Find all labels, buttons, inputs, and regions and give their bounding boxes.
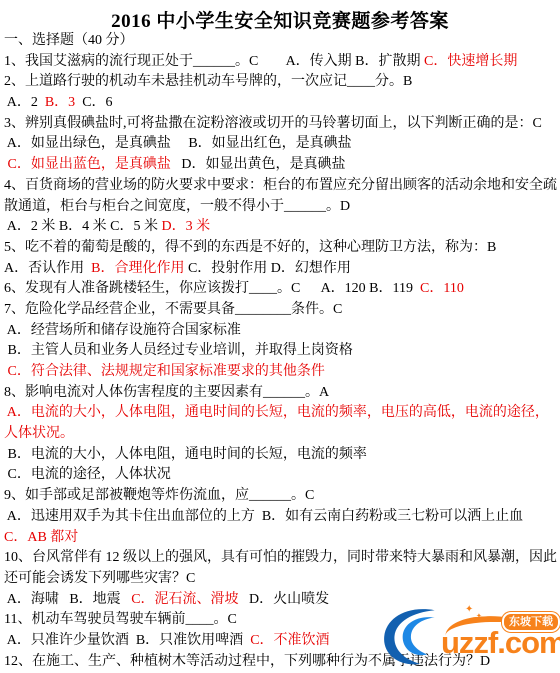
answer-highlight-text: A．电流的大小，人体电阻，通电时间的长短，电流的频率，电压的高低，电流的途径，	[7, 405, 549, 420]
document-line: A．否认作用 B．合理化作用 C．投射作用 D．幻想作用	[4, 259, 558, 280]
document-line: A．经营场所和储存设施符合国家标准	[4, 321, 558, 342]
document-line: 3、辨别真假碘盐时,可将盐撒在淀粉溶液或切开的马铃薯切面上，以下判断正确的是：C	[4, 114, 558, 135]
answer-highlight-text: C．如显出蓝色，是真碘盐	[8, 157, 171, 172]
answer-highlight-text: 人体状况。	[4, 426, 74, 441]
question-text: A．2 米 B．4 米 C．5 米	[4, 219, 162, 234]
answer-highlight-text: B．合理化作用	[91, 261, 184, 276]
answer-highlight-text: C．泥石流、滑坡	[131, 592, 238, 607]
question-text: 4、百货商场的营业场的防火要求中要求：柜台的布置应充分留出顾客的活动余地和安全疏	[4, 178, 557, 193]
document-content: 一、选择题（40 分）1、我国艾滋病的流行现正处于______。C A．传入期 …	[4, 31, 558, 672]
uzzf-download-badge: 东坡下载	[502, 612, 560, 632]
document-line: 一、选择题（40 分）	[4, 31, 558, 52]
answer-highlight-text: C．符合法律、法规规定和国家标准要求的其他条件	[8, 364, 325, 379]
answer-sheet-page: 2016 中小学生安全知识竞赛题参考答案 一、选择题（40 分）1、我国艾滋病的…	[0, 0, 560, 673]
document-line: A．如显出绿色，是真碘盐 B．如显出红色，是真碘盐	[4, 134, 558, 155]
question-text: 3、辨别真假碘盐时,可将盐撒在淀粉溶液或切开的马铃薯切面上，以下判断正确的是：C	[4, 116, 542, 131]
document-line: B．电流的大小，人体电阻，通电时间的长短，电流的频率	[4, 445, 558, 466]
answer-highlight-text: C．快速增长期	[424, 54, 517, 69]
uzzf-watermark-logo: uzzf.com ✦ ✦ 东坡下载	[381, 606, 560, 668]
uzzf-badge-label: 东坡下载	[509, 616, 553, 628]
sparkle-icon: ✦	[465, 605, 473, 615]
answer-highlight-text: D．3 米	[162, 219, 211, 234]
document-line: A．2 B．3 C．6	[4, 93, 558, 114]
document-line: A．电流的大小，人体电阻，通电时间的长短，电流的频率，电压的高低，电流的途径，	[4, 403, 558, 424]
question-text: 8、影响电流对人体伤害程度的主要因素有______。A	[4, 385, 329, 400]
answer-highlight-text: C．不准饮酒	[250, 633, 329, 648]
page-title: 2016 中小学生安全知识竞赛题参考答案	[0, 6, 560, 33]
document-line: 2、上道路行驶的机动车未悬挂机动车号牌的，一次应记____分。B	[4, 72, 558, 93]
question-text: D．火山喷发	[239, 592, 330, 607]
document-line: C．如显出蓝色，是真碘盐 D．如显出黄色，是真碘盐	[4, 155, 558, 176]
document-line: 9、如手部或足部被鞭炮等炸伤流血，应______。C	[4, 486, 558, 507]
question-text: 还可能会诱发下列哪些灾害？C	[4, 571, 195, 586]
document-line: 8、影响电流对人体伤害程度的主要因素有______。A	[4, 383, 558, 404]
question-text: B．主管人员和业务人员经过专业培训，并取得上岗资格	[4, 343, 353, 358]
document-line: A．迅速用双手为其卡住出血部位的上方 B．如有云南白药粉或三七粉可以洒上止血	[4, 507, 558, 528]
document-line: 1、我国艾滋病的流行现正处于______。C A．传入期 B．扩散期 C．快速增…	[4, 52, 558, 73]
question-text: B．电流的大小，人体电阻，通电时间的长短，电流的频率	[4, 447, 367, 462]
document-line: C．符合法律、法规规定和国家标准要求的其他条件	[4, 362, 558, 383]
question-text: 6、发现有人准备跳楼轻生，你应该拨打____。C A．120 B．119	[4, 281, 420, 296]
document-line: 7、危险化学品经营企业，不需要具备________条件。C	[4, 300, 558, 321]
question-text: A．2	[4, 95, 45, 110]
document-line: 还可能会诱发下列哪些灾害？C	[4, 569, 558, 590]
question-text: D．如显出黄色，是真碘盐	[171, 157, 346, 172]
document-line: 10、台风常伴有 12 级以上的强风，具有可怕的摧毁力，同时带来特大暴雨和风暴潮…	[4, 548, 558, 569]
question-text: C．电流的途径，人体状况	[4, 467, 171, 482]
question-text: 5、吃不着的葡萄是酸的，得不到的东西是不好的，这种心理防卫方法，称为：B	[4, 240, 496, 255]
question-text: 11、机动车驾驶员驾驶车辆前____。C	[4, 612, 237, 627]
answer-highlight-text: C．AB 都对	[4, 530, 78, 545]
question-text: A．迅速用双手为其卡住出血部位的上方 B．如有云南白药粉或三七粉可以洒上止血	[4, 509, 523, 524]
question-text: 一、选择题（40 分）	[4, 33, 134, 48]
sparkle-icon: ✦	[476, 611, 482, 621]
question-text: 7、危险化学品经营企业，不需要具备________条件。C	[4, 302, 342, 317]
document-line: C．电流的途径，人体状况	[4, 465, 558, 486]
document-line: C．AB 都对	[4, 528, 558, 549]
document-line: 人体状况。	[4, 424, 558, 445]
question-text: 9、如手部或足部被鞭炮等炸伤流血，应______。C	[4, 488, 314, 503]
question-text: A．只准许少量饮酒 B．只准饮用啤酒	[4, 633, 250, 648]
question-text: 1、我国艾滋病的流行现正处于______。C A．传入期 B．扩散期	[4, 54, 424, 69]
document-line: B．主管人员和业务人员经过专业培训，并取得上岗资格	[4, 341, 558, 362]
answer-highlight-text: C．110	[420, 281, 464, 296]
document-line: 4、百货商场的营业场的防火要求中要求：柜台的布置应充分留出顾客的活动余地和安全疏	[4, 176, 558, 197]
question-text: A．如显出绿色，是真碘盐 B．如显出红色，是真碘盐	[4, 136, 352, 151]
question-text: 散通道，柜台与柜台之间宽度，一般不得小于______。D	[4, 199, 350, 214]
document-line: A．2 米 B．4 米 C．5 米 D．3 米	[4, 217, 558, 238]
document-line: 散通道，柜台与柜台之间宽度，一般不得小于______。D	[4, 197, 558, 218]
document-line: 5、吃不着的葡萄是酸的，得不到的东西是不好的，这种心理防卫方法，称为：B	[4, 238, 558, 259]
uzzf-swirl-icon	[381, 608, 447, 666]
question-text: 10、台风常伴有 12 级以上的强风，具有可怕的摧毁力，同时带来特大暴雨和风暴潮…	[4, 550, 557, 565]
question-text: C．6	[75, 95, 112, 110]
question-text: 2、上道路行驶的机动车未悬挂机动车号牌的，一次应记____分。B	[4, 74, 412, 89]
answer-highlight-text: B．3	[45, 95, 75, 110]
question-text: A．海啸 B．地震	[4, 592, 131, 607]
uzzf-brand-name: uzzf	[441, 625, 497, 660]
question-text: A．否认作用	[4, 261, 91, 276]
question-text: A．经营场所和储存设施符合国家标准	[4, 323, 241, 338]
question-text: C．投射作用 D．幻想作用	[184, 261, 350, 276]
document-line: 6、发现有人准备跳楼轻生，你应该拨打____。C A．120 B．119 C．1…	[4, 279, 558, 300]
